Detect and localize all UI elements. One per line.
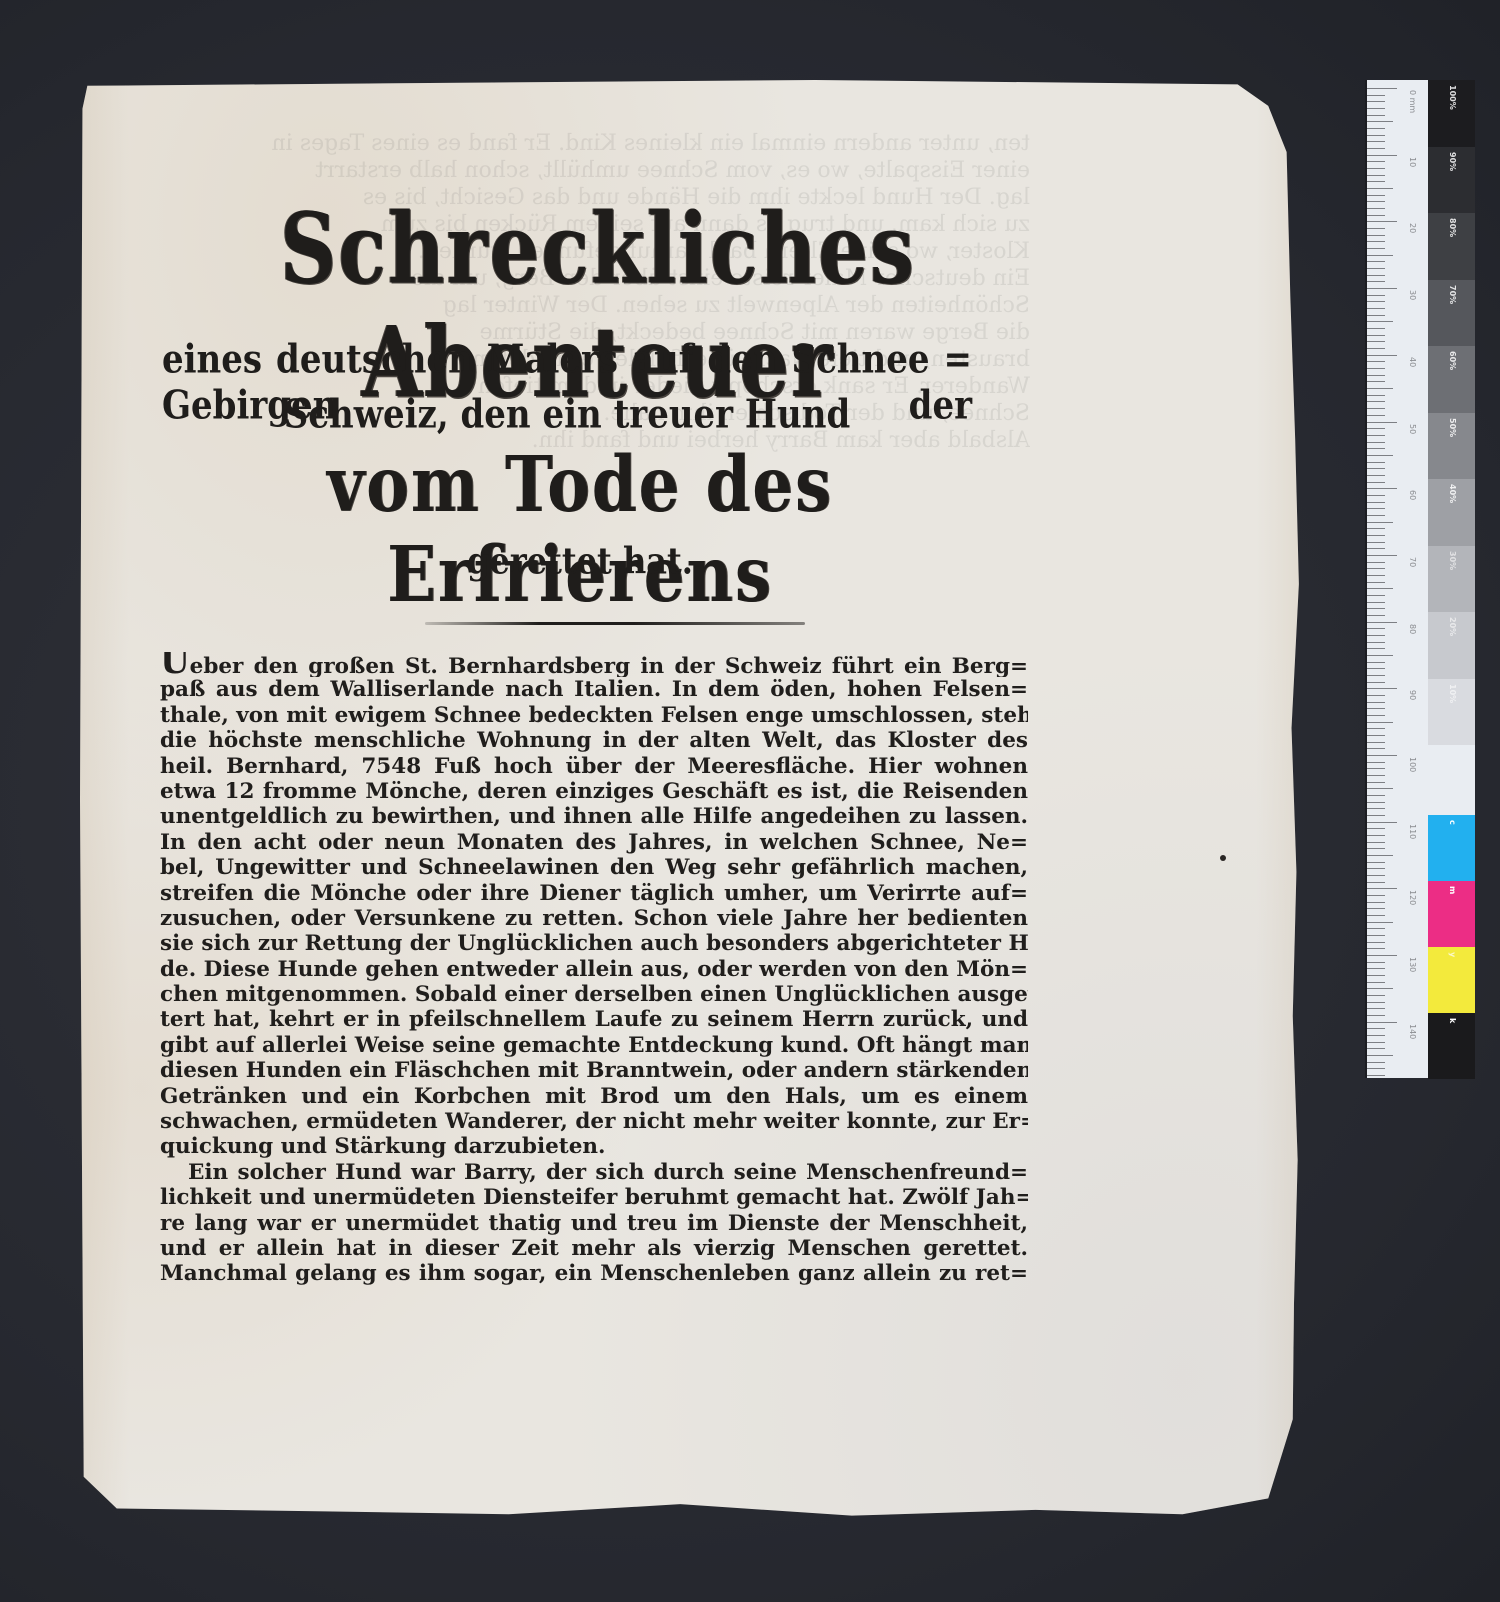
ruler-tick — [1367, 1008, 1385, 1009]
patch-label: 20% — [1448, 617, 1457, 636]
ruler-label: 90 — [1408, 690, 1417, 700]
body-line-text: eber den großen St. Bernhardsberg in der… — [190, 654, 1028, 677]
ruler-tick — [1367, 748, 1385, 749]
ruler-tick — [1367, 888, 1397, 889]
ruler-tick — [1367, 708, 1385, 709]
ruler-tick — [1367, 475, 1385, 476]
gray-patch: 10% — [1428, 679, 1475, 746]
gray-patch: 90% — [1428, 147, 1475, 214]
color-patch-m: m — [1428, 881, 1475, 947]
ruler-tick — [1367, 288, 1397, 289]
ruler-tick — [1367, 1042, 1385, 1043]
body-line: streifen die Mönche oder ihre Diener täg… — [160, 881, 1028, 906]
ruler-tick — [1367, 255, 1393, 256]
ruler-tick — [1367, 355, 1397, 356]
ruler-tick — [1367, 181, 1385, 182]
patch-label: k — [1448, 1018, 1457, 1023]
ruler-tick — [1367, 1035, 1385, 1036]
ruler-tick — [1367, 795, 1385, 796]
body-line: In den acht oder neun Monaten des Jahres… — [160, 830, 1028, 855]
ruler-tick — [1367, 455, 1393, 456]
ruler-tick — [1367, 608, 1385, 609]
mm-ruler: 0 mm102030405060708090100110120130140 — [1365, 80, 1430, 1078]
gray-patch: 50% — [1428, 413, 1475, 480]
ruler-tick — [1367, 1002, 1385, 1003]
ruler-tick — [1367, 195, 1385, 196]
ruler-tick — [1367, 668, 1385, 669]
ruler-tick — [1367, 468, 1385, 469]
secondary-title: vom Tode des Erfrierens — [200, 440, 960, 620]
ruler-tick — [1367, 1015, 1385, 1016]
ruler-tick — [1367, 828, 1385, 829]
ruler-tick — [1367, 442, 1385, 443]
ruler-tick — [1367, 722, 1393, 723]
ruler-label: 40 — [1408, 357, 1417, 367]
ruler-tick — [1367, 315, 1385, 316]
ruler-tick — [1367, 401, 1385, 402]
body-line: gibt auf allerlei Weise seine gemachte E… — [160, 1033, 1028, 1058]
patch-label: 50% — [1448, 418, 1457, 437]
ruler-tick — [1367, 602, 1385, 603]
ruler-tick — [1367, 855, 1393, 856]
ruler-tick — [1367, 95, 1385, 96]
ruler-tick — [1367, 995, 1385, 996]
ruler-tick — [1367, 962, 1385, 963]
ruler-tick — [1367, 208, 1385, 209]
ruler-tick — [1367, 381, 1385, 382]
ruler-tick — [1367, 682, 1385, 683]
ruler-tick — [1367, 755, 1397, 756]
ruler-tick — [1367, 575, 1385, 576]
ruler-tick — [1367, 188, 1393, 189]
ruler-tick — [1367, 388, 1393, 389]
ruler-tick — [1367, 875, 1385, 876]
ruler-tick — [1367, 902, 1385, 903]
ruler-tick — [1367, 88, 1397, 89]
body-line: diesen Hunden ein Fläschchen mit Branntw… — [160, 1058, 1028, 1083]
ruler-tick — [1367, 375, 1385, 376]
ruler-label: 140 — [1408, 1024, 1417, 1039]
ruler-tick — [1367, 101, 1385, 102]
ruler-tick — [1367, 735, 1385, 736]
ruler-tick — [1367, 642, 1385, 643]
ruler-tick — [1367, 161, 1385, 162]
ruler-tick — [1367, 622, 1397, 623]
body-line: zusuchen, oder Versunkene zu retten. Sch… — [160, 906, 1028, 931]
ruler-tick — [1367, 321, 1393, 322]
ruler-tick — [1367, 648, 1385, 649]
patch-label: y — [1448, 952, 1457, 957]
ruler-tick — [1367, 221, 1397, 222]
ruler-tick — [1367, 782, 1385, 783]
ruler-tick — [1367, 535, 1385, 536]
color-patch-k: k — [1428, 1013, 1475, 1079]
decorative-rule — [425, 622, 805, 625]
ruler-label: 80 — [1408, 624, 1417, 634]
ruler-tick — [1367, 248, 1385, 249]
body-line: heil. Bernhard, 7548 Fuß hoch über der M… — [160, 754, 1028, 779]
ruler-label: 70 — [1408, 557, 1417, 567]
body-line: quickung und Stärkung darzubieten. — [160, 1134, 1028, 1159]
ruler-tick — [1367, 281, 1385, 282]
patch-label: m — [1448, 886, 1457, 894]
subtitle-line-2: Schweiz, den ein treuer Hund — [162, 392, 972, 438]
ruler-tick — [1367, 802, 1385, 803]
ruler-tick — [1367, 742, 1385, 743]
body-line: de. Diese Hunde gehen entweder allein au… — [160, 957, 1028, 982]
ruler-tick — [1367, 768, 1385, 769]
body-line: schwachen, ermüdeten Wanderer, der nicht… — [160, 1109, 1028, 1134]
body-line: bel, Ungewitter und Schneelawinen den We… — [160, 855, 1028, 880]
body-line: unentgeldlich zu bewirthen, und ihnen al… — [160, 804, 1028, 829]
patch-label: 10% — [1448, 684, 1457, 703]
ruler-tick — [1367, 662, 1385, 663]
ruler-label: 10 — [1408, 157, 1417, 167]
ruler-tick — [1367, 922, 1393, 923]
ruler-tick — [1367, 175, 1385, 176]
patch-label: 40% — [1448, 484, 1457, 503]
ruler-tick — [1367, 1022, 1397, 1023]
ruler-tick — [1367, 495, 1385, 496]
gray-patch: 60% — [1428, 346, 1475, 413]
ruler-label: 0 mm — [1408, 90, 1417, 113]
ruler-tick — [1367, 1048, 1385, 1049]
gray-patch: 100% — [1428, 80, 1475, 147]
ruler-tick — [1367, 882, 1385, 883]
body-line: die höchste menschliche Wohnung in der a… — [160, 728, 1028, 753]
ruler-tick — [1367, 895, 1385, 896]
ruler-tick — [1367, 141, 1385, 142]
drop-cap: U — [160, 652, 190, 677]
ruler-label: 110 — [1408, 824, 1417, 839]
body-line: Ein solcher Hund war Barry, der sich dur… — [160, 1160, 1028, 1185]
ruler-tick — [1367, 428, 1385, 429]
ruler-tick — [1367, 368, 1385, 369]
ruler-tick — [1367, 408, 1385, 409]
body-line: lichkeit und unermüdeten Diensteifer ber… — [160, 1185, 1028, 1210]
ruler-tick — [1367, 395, 1385, 396]
ruler-tick — [1367, 975, 1385, 976]
ruler-tick — [1367, 548, 1385, 549]
ruler-tick — [1367, 348, 1385, 349]
ruler-tick — [1367, 168, 1385, 169]
gray-patch: 80% — [1428, 213, 1475, 280]
gray-patch: 70% — [1428, 280, 1475, 347]
body-line: etwa 12 fromme Mönche, deren einziges Ge… — [160, 779, 1028, 804]
ruler-tick — [1367, 522, 1393, 523]
body-line: tert hat, kehrt er in pfeilschnellem Lau… — [160, 1007, 1028, 1032]
color-patches: 100%90%80%70%60%50%40%30%20%10%cmyk — [1428, 80, 1475, 1078]
ruler-tick — [1367, 935, 1385, 936]
ruler-tick — [1367, 908, 1385, 909]
body-line: thale, von mit ewigem Schnee bedeckten F… — [160, 703, 1028, 728]
ruler-tick — [1367, 848, 1385, 849]
ruler-tick — [1367, 1068, 1385, 1069]
ruler-label: 120 — [1408, 890, 1417, 905]
ruler-tick — [1367, 201, 1385, 202]
color-patch-y: y — [1428, 947, 1475, 1013]
ruler-tick — [1367, 688, 1397, 689]
ruler-tick — [1367, 595, 1385, 596]
ruler-tick — [1367, 942, 1385, 943]
ruler-tick — [1367, 502, 1385, 503]
ruler-tick — [1367, 615, 1385, 616]
body-line: Getränken und ein Korbchen mit Brod um d… — [160, 1084, 1028, 1109]
ruler-tick — [1367, 842, 1385, 843]
body-text: Ueber den großen St. Bernhardsberg in de… — [160, 652, 1028, 1287]
ruler-tick — [1367, 148, 1385, 149]
body-line: re lang war er unermüdet thatig und treu… — [160, 1211, 1028, 1236]
ruler-tick — [1367, 435, 1385, 436]
ruler-tick — [1367, 275, 1385, 276]
ruler-tick — [1367, 508, 1385, 509]
ruler-tick — [1367, 301, 1385, 302]
ruler-label: 60 — [1408, 490, 1417, 500]
ruler-tick — [1367, 1062, 1385, 1063]
ruler-tick — [1367, 568, 1385, 569]
ruler-label: 50 — [1408, 424, 1417, 434]
ruler-tick — [1367, 268, 1385, 269]
ruler-tick — [1367, 862, 1385, 863]
calibration-target: 0 mm102030405060708090100110120130140 10… — [1365, 80, 1475, 1078]
body-line: Ueber den großen St. Bernhardsberg in de… — [160, 652, 1028, 677]
ruler-tick — [1367, 108, 1385, 109]
ink-spot — [1220, 855, 1226, 861]
ruler-tick — [1367, 1055, 1393, 1056]
ruler-tick — [1367, 488, 1397, 489]
ruler-tick — [1367, 155, 1397, 156]
ruler-tick — [1367, 515, 1385, 516]
patch-label: 60% — [1448, 351, 1457, 370]
ruler-tick — [1367, 968, 1385, 969]
ruler-tick — [1367, 808, 1385, 809]
ruler-tick — [1367, 235, 1385, 236]
body-line: chen mitgenommen. Sobald einer derselben… — [160, 982, 1028, 1007]
document-content: Schreckliches Abenteuer eines deutschen … — [80, 80, 1305, 1520]
ruler-tick — [1367, 655, 1393, 656]
gray-patch: 40% — [1428, 479, 1475, 546]
ruler-tick — [1367, 822, 1397, 823]
ruler-tick — [1367, 702, 1385, 703]
body-line: und er allein hat in dieser Zeit mehr al… — [160, 1236, 1028, 1261]
ruler-tick — [1367, 775, 1385, 776]
ruler-tick — [1367, 1075, 1385, 1076]
ruler-tick — [1367, 982, 1385, 983]
ruler-tick — [1367, 261, 1385, 262]
body-line: paß aus dem Walliserlande nach Italien. … — [160, 677, 1028, 702]
ruler-tick — [1367, 295, 1385, 296]
ruler-label: 130 — [1408, 957, 1417, 972]
ruler-tick — [1367, 121, 1393, 122]
ruler-tick — [1367, 588, 1393, 589]
ruler-tick — [1367, 955, 1397, 956]
ruler-tick — [1367, 528, 1385, 529]
ruler-label: 20 — [1408, 223, 1417, 233]
ruler-tick — [1367, 988, 1393, 989]
ruler-tick — [1367, 341, 1385, 342]
ruler-tick — [1367, 555, 1397, 556]
ruler-tick — [1367, 868, 1385, 869]
ruler-tick — [1367, 762, 1385, 763]
ruler-tick — [1367, 228, 1385, 229]
gray-patch: 20% — [1428, 612, 1475, 679]
ruler-tick — [1367, 115, 1385, 116]
ruler-tick — [1367, 915, 1385, 916]
ruler-tick — [1367, 462, 1385, 463]
ruler-tick — [1367, 482, 1385, 483]
ruler-tick — [1367, 241, 1385, 242]
patch-label: 70% — [1448, 285, 1457, 304]
patch-label: c — [1448, 820, 1457, 825]
ruler-tick — [1367, 835, 1385, 836]
ruler-tick — [1367, 562, 1385, 563]
body-line: Manchmal gelang es ihm sogar, ein Mensch… — [160, 1261, 1028, 1286]
ruler-tick — [1367, 635, 1385, 636]
ruler-label: 100 — [1408, 757, 1417, 772]
body-line: sie sich zur Rettung der Unglücklichen a… — [160, 931, 1028, 956]
ruler-tick — [1367, 335, 1385, 336]
ruler-tick — [1367, 675, 1385, 676]
patch-label: 80% — [1448, 218, 1457, 237]
ruler-tick — [1367, 308, 1385, 309]
ruler-tick — [1367, 422, 1397, 423]
ruler-tick — [1367, 628, 1385, 629]
ruler-tick — [1367, 928, 1385, 929]
subtitle-end: gerettet hat. — [200, 539, 960, 583]
ruler-tick — [1367, 415, 1385, 416]
ruler-tick — [1367, 215, 1385, 216]
ruler-tick — [1367, 361, 1385, 362]
ruler-tick — [1367, 128, 1385, 129]
ruler-label: 30 — [1408, 290, 1417, 300]
ruler-tick — [1367, 788, 1393, 789]
ruler-tick — [1367, 328, 1385, 329]
ruler-tick — [1367, 948, 1385, 949]
ruler-tick — [1367, 448, 1385, 449]
ruler-tick — [1367, 815, 1385, 816]
patch-label: 90% — [1448, 152, 1457, 171]
ruler-tick — [1367, 582, 1385, 583]
ruler-tick — [1367, 715, 1385, 716]
ruler-tick — [1367, 695, 1385, 696]
ruler-tick — [1367, 135, 1385, 136]
color-patch-c: c — [1428, 815, 1475, 881]
ruler-tick — [1367, 542, 1385, 543]
patch-label: 100% — [1448, 85, 1457, 110]
gray-patch: 30% — [1428, 546, 1475, 613]
patch-label: 30% — [1448, 551, 1457, 570]
ruler-tick — [1367, 1028, 1385, 1029]
ruler-tick — [1367, 728, 1385, 729]
